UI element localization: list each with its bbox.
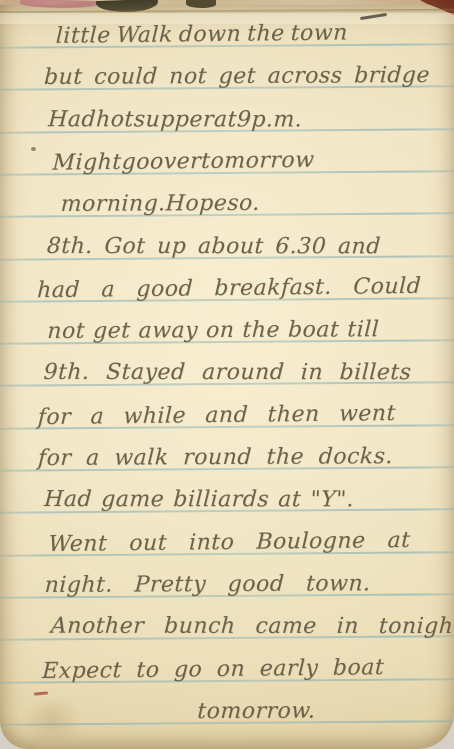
handwriting-line: Anotherbunchcameintonight bbox=[50, 597, 454, 639]
handwriting-line: forawhileandthenwent bbox=[37, 384, 397, 430]
handwritten-word: away bbox=[138, 318, 199, 343]
handwritten-word: came bbox=[255, 614, 318, 639]
handwritten-word: tomorrow bbox=[201, 148, 315, 174]
handwritten-word: till bbox=[347, 317, 380, 342]
handwritten-word: Walk bbox=[116, 22, 173, 48]
handwritten-word: bridge bbox=[354, 63, 431, 88]
handwriting-line: 9th.Stayedaroundinbillets bbox=[43, 343, 413, 385]
handwritten-word: night. bbox=[44, 572, 113, 597]
handwritten-word: at bbox=[278, 488, 302, 513]
pencil-dot bbox=[31, 147, 36, 151]
handwritten-word: "Y". bbox=[310, 488, 355, 513]
handwriting-line: butcouldnotgetacrossbridge bbox=[43, 46, 431, 90]
handwritten-word: a bbox=[90, 404, 105, 429]
handwriting-line: forawalkroundthedocks. bbox=[37, 427, 394, 471]
handwritten-word: walk bbox=[114, 445, 170, 470]
handwritten-word: 9th. bbox=[43, 360, 90, 385]
handwritten-word: bunch bbox=[163, 614, 236, 639]
handwritten-word: a bbox=[85, 446, 100, 471]
handwritten-word: tonight bbox=[378, 614, 454, 639]
handwritten-word: but bbox=[43, 65, 83, 90]
handwriting-line: Mightgoovertomorrow bbox=[52, 131, 300, 176]
handwritten-word: Had bbox=[44, 487, 93, 512]
handwritten-word: town bbox=[290, 20, 348, 46]
handwriting-line: notgetawayontheboattill bbox=[47, 300, 381, 344]
handwriting-line: night.Prettygoodtown. bbox=[44, 554, 372, 598]
handwritten-word: round bbox=[183, 445, 253, 470]
handwritten-word: and bbox=[205, 402, 249, 427]
handwritten-word: had bbox=[37, 277, 81, 302]
handwritten-word: while bbox=[123, 403, 187, 429]
handwriting-line: morning.Hopeso. bbox=[60, 174, 234, 217]
handwritten-word: Pretty bbox=[134, 572, 207, 597]
handwriting-line: Hadgamebilliardsat"Y". bbox=[44, 470, 356, 512]
handwritten-word: out bbox=[129, 530, 168, 555]
handwritten-word: on bbox=[216, 656, 245, 681]
handwritten-word: Boulogne bbox=[256, 528, 366, 554]
handwritten-word: around bbox=[201, 360, 285, 385]
handwritten-word: good bbox=[227, 572, 285, 597]
handwritten-word: Went bbox=[48, 531, 108, 557]
handwritten-word: into bbox=[189, 530, 235, 556]
handwritten-word: morning. bbox=[60, 192, 166, 218]
handwritten-word: and bbox=[337, 234, 381, 259]
handwriting-block: littleWalkdownthetownbutcouldnotgetacros… bbox=[0, 0, 454, 749]
handwritten-word: 9p.m. bbox=[236, 107, 303, 132]
handwritten-word: tomorrow. bbox=[197, 698, 316, 724]
handwritten-word: to bbox=[136, 657, 160, 682]
handwritten-word: Could bbox=[353, 274, 422, 300]
handwritten-word: boat bbox=[287, 318, 339, 343]
handwritten-word: for bbox=[37, 404, 71, 429]
handwritten-word: in bbox=[300, 360, 324, 385]
handwriting-line: Hadhotsupperat9p.m. bbox=[48, 90, 302, 132]
handwritten-word: over bbox=[149, 149, 201, 175]
handwritten-word: down bbox=[178, 22, 241, 48]
handwritten-word: hot bbox=[95, 107, 134, 132]
handwritten-word: game bbox=[101, 487, 165, 512]
handwritten-word: 8th. bbox=[46, 233, 93, 258]
handwritten-word: supper bbox=[133, 107, 214, 132]
handwritten-word: at bbox=[213, 107, 237, 132]
handwritten-word: at bbox=[387, 528, 411, 553]
handwritten-word: town. bbox=[305, 571, 371, 596]
handwritten-word: little bbox=[55, 23, 111, 49]
handwritten-word: about bbox=[197, 234, 264, 259]
handwritten-word: Hope bbox=[165, 191, 228, 216]
paper-stain bbox=[22, 696, 82, 744]
handwritten-word: the bbox=[266, 445, 305, 470]
handwritten-word: a bbox=[101, 277, 116, 302]
handwriting-line: WentoutintoBoulogneat bbox=[48, 511, 412, 557]
handwritten-word: Stayed bbox=[105, 360, 186, 385]
handwritten-word: breakfast. bbox=[214, 275, 333, 301]
handwritten-word: could bbox=[94, 65, 159, 90]
handwritten-word: Got bbox=[104, 233, 146, 258]
handwritten-word: boat bbox=[332, 655, 384, 681]
handwriting-line: Expecttogoonearlyboat bbox=[42, 638, 386, 684]
handwritten-word: good bbox=[136, 276, 194, 302]
handwritten-word: go bbox=[121, 149, 150, 174]
handwritten-word: the bbox=[242, 318, 281, 343]
handwritten-word: early bbox=[259, 655, 319, 681]
handwritten-word: Another bbox=[50, 614, 145, 639]
handwritten-word: not bbox=[169, 64, 208, 89]
handwritten-word: then bbox=[267, 402, 320, 428]
handwritten-word: billets bbox=[339, 360, 412, 385]
handwritten-word: get bbox=[218, 64, 257, 89]
handwritten-word: for bbox=[37, 446, 72, 471]
handwritten-word: Might bbox=[52, 150, 122, 176]
handwritten-word: billiards bbox=[173, 487, 270, 512]
handwritten-word: up bbox=[156, 234, 187, 259]
handwritten-word: Expect bbox=[42, 658, 123, 684]
handwritten-word: so. bbox=[227, 191, 261, 216]
handwritten-word: docks. bbox=[318, 444, 393, 469]
handwritten-word: get bbox=[93, 319, 132, 344]
handwriting-line: 8th.Gotupabout6.30and bbox=[46, 216, 382, 258]
handwritten-word: on bbox=[205, 318, 235, 343]
handwriting-line: hadagoodbreakfast.Could bbox=[37, 257, 423, 303]
handwritten-word: 6.30 bbox=[275, 234, 327, 259]
handwritten-word: the bbox=[247, 21, 286, 46]
handwritten-word: across bbox=[267, 64, 343, 89]
handwriting-line: tomorrow. bbox=[197, 681, 339, 724]
torn-edge-fragment bbox=[186, 0, 216, 8]
handwritten-word: go bbox=[173, 657, 202, 682]
diary-scan: littleWalkdownthetownbutcouldnotgetacros… bbox=[0, 0, 454, 749]
handwritten-word: Had bbox=[48, 107, 97, 132]
handwritten-word: went bbox=[338, 401, 396, 427]
handwritten-word: not bbox=[47, 319, 86, 344]
handwritten-word: in bbox=[336, 614, 360, 639]
